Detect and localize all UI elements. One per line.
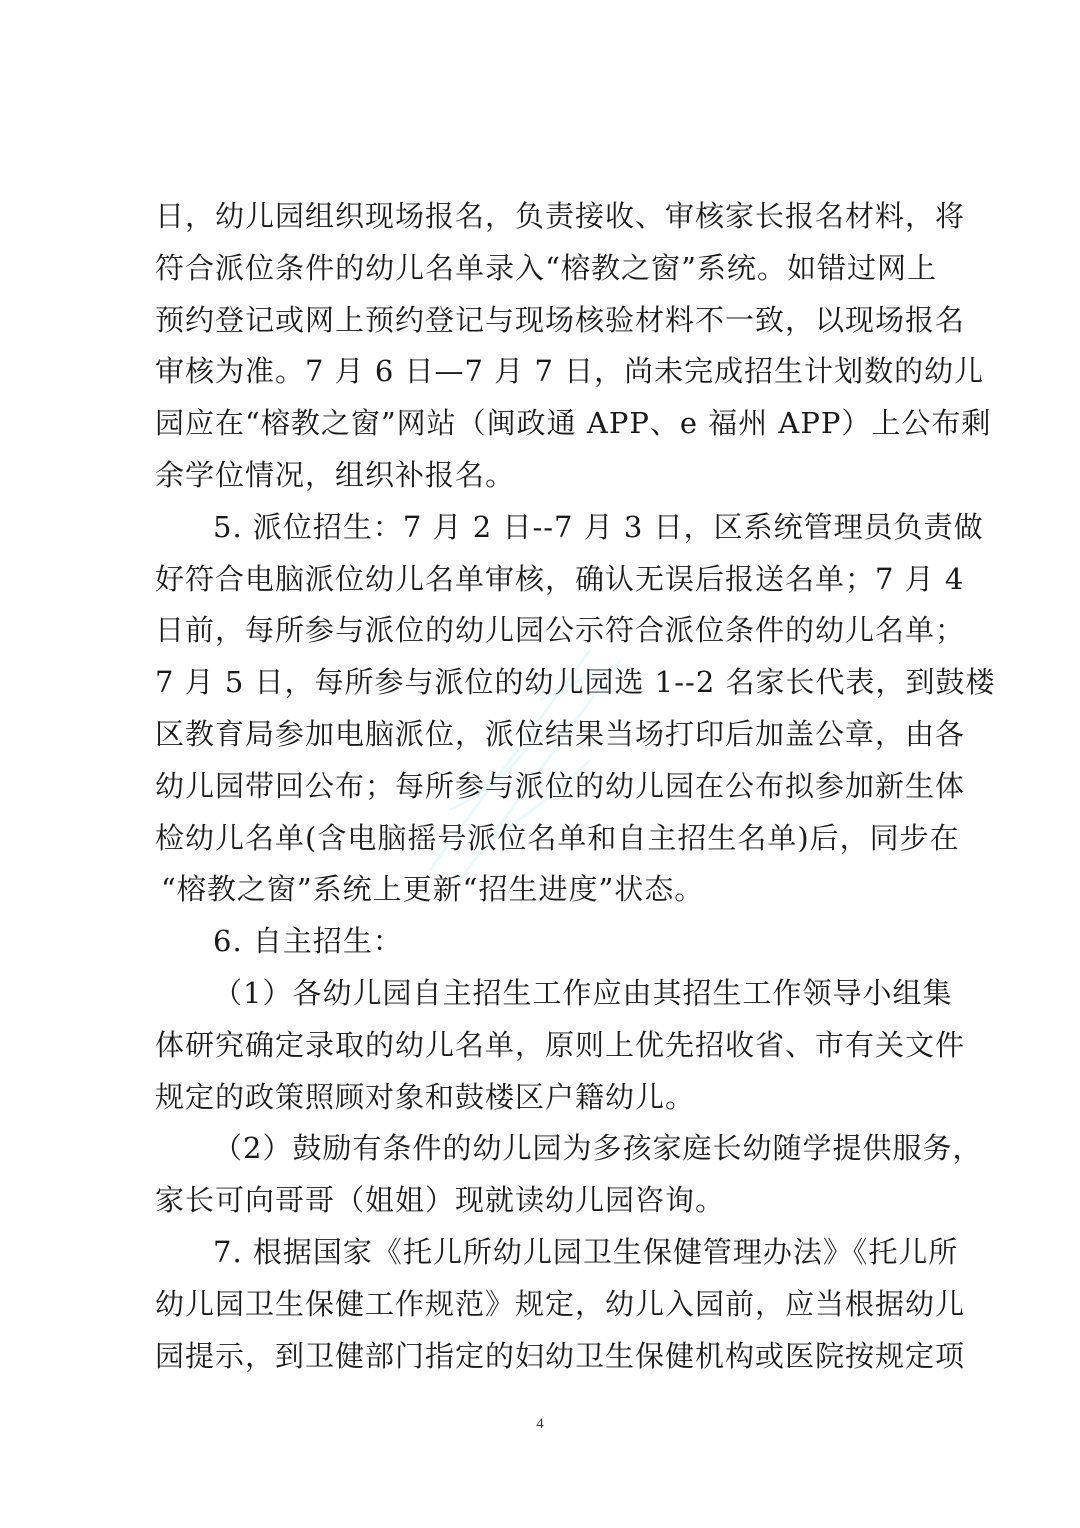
document-body: 日，幼儿园组织现场报名，负责接收、审核家长报名材料，将 符合派位条件的幼儿名单录…	[155, 191, 937, 1382]
text-line: 符合派位条件的幼儿名单录入“榕教之窗”系统。如错过网上	[155, 243, 937, 295]
paragraph-item-6-1: （1）各幼儿园自主招生工作应由其招生工作领导小组集 体研究确定录取的幼儿名单，原…	[155, 968, 937, 1123]
text-line: 幼儿园卫生保健工作规范》规定，幼儿入园前，应当根据幼儿	[155, 1279, 937, 1331]
text-line: “榕教之窗”系统上更新“招生进度”状态。	[155, 864, 937, 916]
text-line: 规定的政策照顾对象和鼓楼区户籍幼儿。	[155, 1072, 937, 1124]
document-page: 日，幼儿园组织现场报名，负责接收、审核家长报名材料，将 符合派位条件的幼儿名单录…	[0, 0, 1080, 1528]
paragraph-continuation: 日，幼儿园组织现场报名，负责接收、审核家长报名材料，将 符合派位条件的幼儿名单录…	[155, 191, 937, 502]
paragraph-item-6: 6. 自主招生：	[155, 916, 937, 968]
text-line: 7. 根据国家《托儿所幼儿园卫生保健管理办法》《托儿所	[155, 1227, 937, 1279]
text-line: 好符合电脑派位幼儿名单审核，确认无误后报送名单；7 月 4	[155, 554, 937, 606]
text-line: 区教育局参加电脑派位，派位结果当场打印后加盖公章，由各	[155, 709, 937, 761]
text-line: 体研究确定录取的幼儿名单，原则上优先招收省、市有关文件	[155, 1020, 937, 1072]
text-line: 日前，每所参与派位的幼儿园公示符合派位条件的幼儿名单；	[155, 605, 937, 657]
text-line: 日，幼儿园组织现场报名，负责接收、审核家长报名材料，将	[155, 191, 937, 243]
page-number: 4	[0, 1416, 1080, 1433]
section-heading: 6. 自主招生：	[155, 916, 937, 968]
text-line: 检幼儿名单(含电脑摇号派位名单和自主招生名单)后，同步在	[155, 813, 937, 865]
text-line: 家长可向哥哥（姐姐）现就读幼儿园咨询。	[155, 1175, 937, 1227]
text-line: 7 月 5 日，每所参与派位的幼儿园选 1--2 名家长代表，到鼓楼	[155, 657, 937, 709]
paragraph-item-6-2: （2）鼓励有条件的幼儿园为多孩家庭长幼随学提供服务， 家长可向哥哥（姐姐）现就读…	[155, 1123, 937, 1227]
text-line: 预约登记或网上预约登记与现场核验材料不一致，以现场报名	[155, 295, 937, 347]
text-line: 审核为准。7 月 6 日—7 月 7 日，尚未完成招生计划数的幼儿	[155, 346, 937, 398]
text-line: （1）各幼儿园自主招生工作应由其招生工作领导小组集	[155, 968, 937, 1020]
text-line: 园提示，到卫健部门指定的妇幼卫生保健机构或医院按规定项	[155, 1331, 937, 1383]
text-line: 5. 派位招生：7 月 2 日--7 月 3 日，区系统管理员负责做	[155, 502, 937, 554]
text-line: 幼儿园带回公布；每所参与派位的幼儿园在公布拟参加新生体	[155, 761, 937, 813]
paragraph-item-5: 5. 派位招生：7 月 2 日--7 月 3 日，区系统管理员负责做 好符合电脑…	[155, 502, 937, 916]
paragraph-item-7: 7. 根据国家《托儿所幼儿园卫生保健管理办法》《托儿所 幼儿园卫生保健工作规范》…	[155, 1227, 937, 1382]
text-line: 余学位情况，组织补报名。	[155, 450, 937, 502]
text-line: 园应在“榕教之窗”网站（闽政通 APP、e 福州 APP）上公布剩	[155, 398, 937, 450]
text-line: （2）鼓励有条件的幼儿园为多孩家庭长幼随学提供服务，	[155, 1123, 937, 1175]
